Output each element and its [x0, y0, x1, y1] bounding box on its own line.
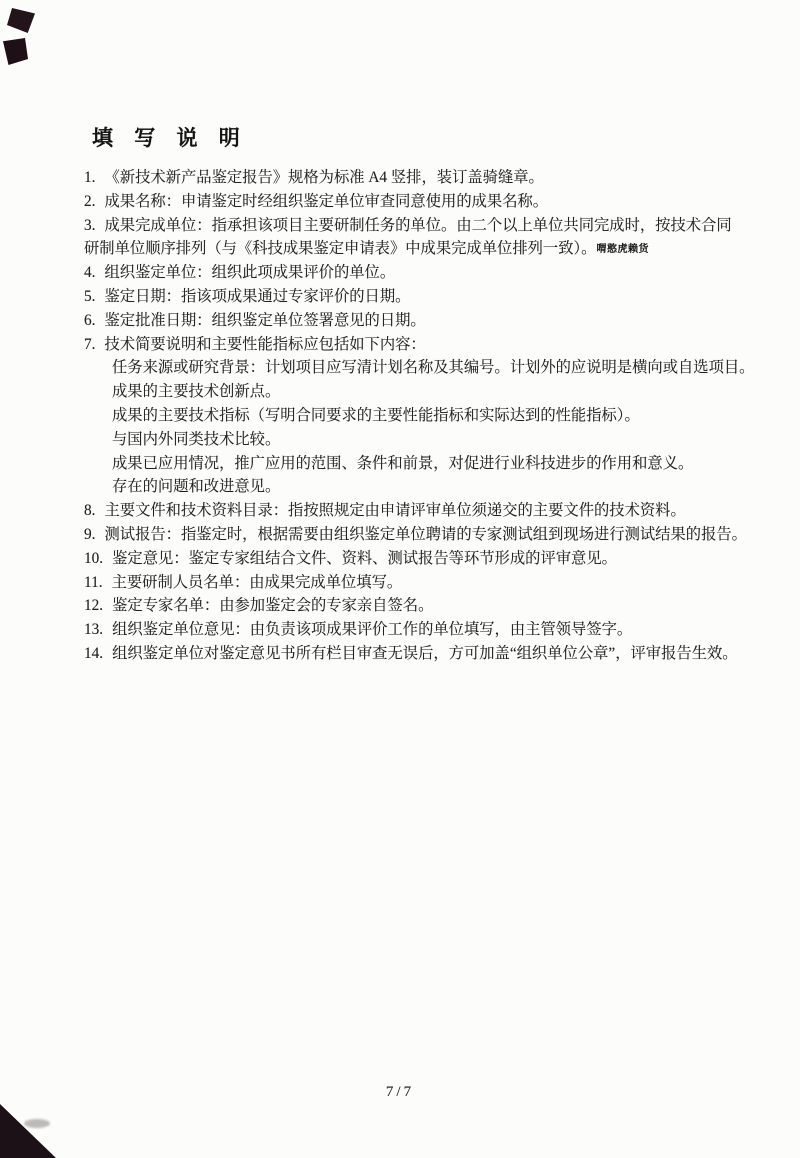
scan-artifact-top-left-1: [7, 8, 35, 33]
line-text: 测试报告：指鉴定时，根据需要由组织鉴定单位聘请的专家测试组到现场进行测试结果的报…: [104, 526, 746, 543]
line-number: 10.: [84, 547, 103, 571]
line-number: 1.: [84, 166, 95, 190]
instruction-line: 11.主要研制人员名单：由成果完成单位填写。: [84, 571, 780, 595]
line-text: 组织鉴定单位意见：由负责该项成果评价工作的单位填写，由主管领导签字。: [112, 621, 632, 638]
line-text: 成果的主要技术指标（写明合同要求的主要性能指标和实际达到的性能指标）。: [112, 407, 640, 424]
line-text: 组织鉴定单位：组织此项成果评价的单位。: [104, 264, 395, 281]
line-number: 8.: [84, 499, 95, 523]
line-small-suffix: 喟憨虎赖货: [596, 244, 649, 255]
instruction-line: 2.成果名称：申请鉴定时经组织鉴定单位审查同意使用的成果名称。: [84, 190, 780, 214]
instruction-line: 成果已应用情况，推广应用的范围、条件和前景，对促进行业科技进步的作用和意义。: [84, 452, 780, 476]
line-text: 技术简要说明和主要性能指标应包括如下内容：: [104, 336, 425, 353]
instruction-line: 12.鉴定专家名单：由参加鉴定会的专家亲自签名。: [84, 594, 780, 618]
instruction-line: 研制单位顺序排列（与《科技成果鉴定申请表》中成果完成单位排列一致）。喟憨虎赖货: [84, 237, 780, 261]
scan-artifact-top-left-2: [3, 38, 28, 65]
instruction-line: 成果的主要技术创新点。: [84, 380, 780, 404]
instruction-line: 9.测试报告：指鉴定时，根据需要由组织鉴定单位聘请的专家测试组到现场进行测试结果…: [84, 523, 780, 547]
instruction-line: 4.组织鉴定单位：组织此项成果评价的单位。: [84, 261, 780, 285]
line-text: 《新技术新产品鉴定报告》规格为标准 A4 竖排，装订盖骑缝章。: [104, 169, 543, 186]
line-text: 成果名称：申请鉴定时经组织鉴定单位审查同意使用的成果名称。: [104, 193, 548, 210]
line-text: 存在的问题和改进意见。: [112, 478, 280, 495]
line-text: 与国内外同类技术比较。: [112, 431, 280, 448]
line-text: 成果已应用情况，推广应用的范围、条件和前景，对促进行业科技进步的作用和意义。: [112, 455, 693, 472]
line-number: 7.: [84, 333, 95, 357]
line-number: 9.: [84, 523, 95, 547]
line-text: 成果完成单位：指承担该项目主要研制任务的单位。由二个以上单位共同完成时，按技术合…: [104, 217, 731, 234]
instruction-line: 与国内外同类技术比较。: [84, 428, 780, 452]
scan-artifact-bottom-left: [0, 1098, 56, 1158]
page-title: 填 写 说 明: [92, 122, 248, 152]
scanned-document-page: 填 写 说 明 1.《新技术新产品鉴定报告》规格为标准 A4 竖排，装订盖骑缝章…: [0, 0, 800, 1158]
line-number: 14.: [84, 642, 103, 666]
line-number: 5.: [84, 285, 95, 309]
instruction-line: 任务来源或研究背景：计划项目应写清计划名称及其编号。计划外的应说明是横向或自选项…: [84, 356, 780, 380]
instruction-line: 7.技术简要说明和主要性能指标应包括如下内容：: [84, 333, 780, 357]
line-text: 主要研制人员名单：由成果完成单位填写。: [112, 574, 403, 591]
line-number: 4.: [84, 261, 95, 285]
line-number: 3.: [84, 214, 95, 238]
line-text: 鉴定意见：鉴定专家组结合文件、资料、测试报告等环节形成的评审意见。: [112, 550, 617, 567]
page-number: 7/7: [0, 1084, 800, 1101]
line-text: 任务来源或研究背景：计划项目应写清计划名称及其编号。计划外的应说明是横向或自选项…: [112, 359, 754, 376]
line-text: 鉴定批准日期：组织鉴定单位签署意见的日期。: [104, 312, 425, 329]
instructions-list: 1.《新技术新产品鉴定报告》规格为标准 A4 竖排，装订盖骑缝章。2.成果名称：…: [84, 166, 780, 666]
line-text: 研制单位顺序排列（与《科技成果鉴定申请表》中成果完成单位排列一致）。: [84, 240, 596, 257]
instruction-line: 存在的问题和改进意见。: [84, 475, 780, 499]
line-text: 鉴定专家名单：由参加鉴定会的专家亲自签名。: [112, 597, 433, 614]
line-number: 2.: [84, 190, 95, 214]
instruction-line: 1.《新技术新产品鉴定报告》规格为标准 A4 竖排，装订盖骑缝章。: [84, 166, 780, 190]
instruction-line: 6.鉴定批准日期：组织鉴定单位签署意见的日期。: [84, 309, 780, 333]
line-number: 13.: [84, 618, 103, 642]
instruction-line: 成果的主要技术指标（写明合同要求的主要性能指标和实际达到的性能指标）。: [84, 404, 780, 428]
instruction-line: 3.成果完成单位：指承担该项目主要研制任务的单位。由二个以上单位共同完成时，按技…: [84, 214, 780, 238]
instruction-line: 13.组织鉴定单位意见：由负责该项成果评价工作的单位填写，由主管领导签字。: [84, 618, 780, 642]
line-number: 12.: [84, 594, 103, 618]
line-text: 主要文件和技术资料目录：指按照规定由申请评审单位须递交的主要文件的技术资料。: [104, 502, 685, 519]
line-number: 6.: [84, 309, 95, 333]
line-text: 组织鉴定单位对鉴定意见书所有栏目审查无误后，方可加盖“组织单位公章”，评审报告生…: [112, 645, 737, 662]
line-text: 鉴定日期：指该项成果通过专家评价的日期。: [104, 288, 410, 305]
instruction-line: 14.组织鉴定单位对鉴定意见书所有栏目审查无误后，方可加盖“组织单位公章”，评审…: [84, 642, 780, 666]
scan-smudge: [24, 1119, 50, 1128]
line-text: 成果的主要技术创新点。: [112, 383, 280, 400]
instruction-line: 8.主要文件和技术资料目录：指按照规定由申请评审单位须递交的主要文件的技术资料。: [84, 499, 780, 523]
instruction-line: 10.鉴定意见：鉴定专家组结合文件、资料、测试报告等环节形成的评审意见。: [84, 547, 780, 571]
instruction-line: 5.鉴定日期：指该项成果通过专家评价的日期。: [84, 285, 780, 309]
line-number: 11.: [84, 571, 103, 595]
